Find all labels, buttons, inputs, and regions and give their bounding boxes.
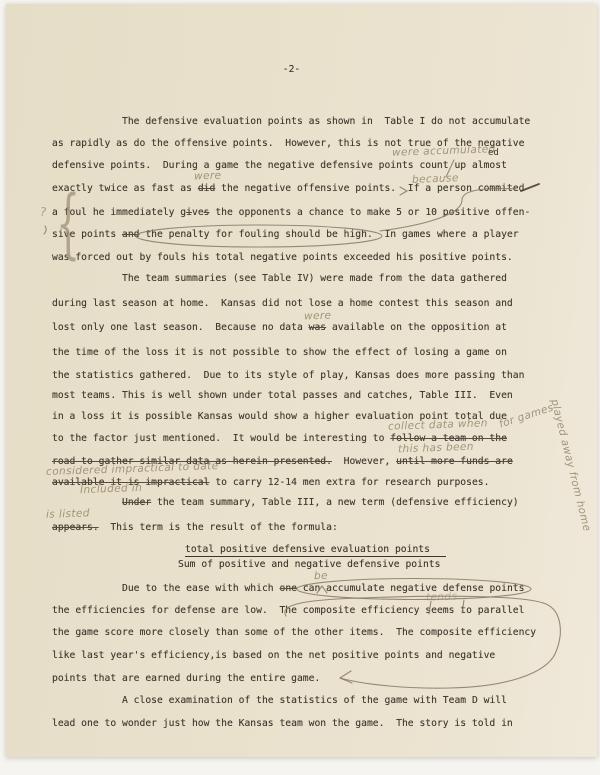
underlined-text: total positive defensive evaluation poin… (185, 544, 446, 557)
formula-denominator: Sum of positive and negative defensive p… (178, 559, 440, 571)
typed-line-p4-l5: points that are earned during the entire… (52, 673, 320, 685)
typed-text: lost only one last season. Because no da… (52, 322, 309, 333)
typed-line-p4-l1: Due to the ease with which one can accum… (122, 583, 524, 595)
typed-line-p4-l2: the efficiencies for defense are low. Th… (52, 605, 524, 617)
typed-text: to carry 12-14 men extra for research pu… (209, 477, 489, 488)
page-number: -2- (52, 64, 531, 76)
typed-line-p1-l5: a foul he immediately gives the opponent… (52, 207, 530, 219)
typed-line-p2-l5: the statistics gathered. Due to its styl… (52, 370, 524, 382)
circled-text: the penalty for fouling should be high. (140, 229, 373, 240)
typed-line-p3-l2: appears. This term is the result of the … (52, 522, 338, 534)
struck-text: was (309, 322, 327, 333)
typed-line-p4-l3: the game score more closely than some of… (52, 627, 536, 639)
typed-line-p2-l2: during last season at home. Kansas did n… (52, 298, 513, 310)
handwritten-tends: tends (426, 590, 458, 603)
struck-text: and (122, 229, 140, 240)
typed-text: Due to the ease with which (122, 583, 279, 594)
struck-text: appears. (52, 522, 99, 533)
typed-text: However, (332, 456, 396, 467)
typed-text: the team summary, Table III, a new term … (151, 497, 518, 508)
typed-line-p1-l4: exactly twice as fast as did the negativ… (52, 183, 524, 195)
typed-text: available on the opposition at (326, 322, 507, 333)
typed-text: to the factor just mentioned. It would b… (52, 433, 390, 444)
typed-line-p1-l6: sive points and the penalty for fouling … (52, 229, 519, 241)
typed-text: ve (192, 207, 204, 218)
typed-text: up almost (449, 160, 507, 171)
typed-line-p2-l6: most teams. This is well shown under tot… (52, 390, 513, 402)
handwritten-because: because (412, 172, 459, 186)
typed-text: the efficiencies for defense are low. Th… (52, 605, 425, 616)
struck-text: Under (122, 497, 151, 508)
bracketed-text: seems (425, 605, 454, 616)
scanned-document-screenshot: { "colors": { "paper": "#e9e1cc", "ink":… (0, 0, 600, 775)
handwritten-were-2: were (304, 310, 332, 323)
handwritten-included-in: Included in (80, 482, 143, 496)
handwritten-were-1: were (194, 170, 222, 183)
circled-text: can accumulate negative defense points (297, 583, 524, 594)
typed-line-p2-l4: the time of the loss it is not possible … (52, 347, 507, 359)
typed-line-p2-l3: lost only one last season. Because no da… (52, 322, 507, 334)
typed-insert-ed: ed (488, 148, 499, 158)
typed-line-p1-l1: The defensive evaluation points as shown… (122, 116, 530, 128)
struck-text: did (198, 183, 216, 194)
typed-text: the opponents a chance to make 5 or 10 p… (210, 207, 531, 218)
typed-line-p2-l1: The team summaries (see Table IV) were m… (122, 273, 507, 285)
typed-line-p1-l3: defensive points. During a game the nega… (52, 160, 507, 172)
typed-text: the negative offensive points. (215, 183, 407, 194)
struck-text: one (279, 583, 297, 594)
handwritten-be-insert: be (314, 570, 328, 582)
formula-numerator: total positive defensive evaluation poin… (185, 544, 446, 556)
typed-line-p4-l4: like last year's efficiency,is based on … (52, 650, 495, 662)
typed-line-p1-l7: was forced out by fouls his total negati… (52, 252, 513, 264)
typed-line-p3-l1: Under the team summary, Table III, a new… (122, 497, 519, 509)
typed-line-p5-l1: A close examination of the statistics of… (122, 695, 507, 707)
handwritten-is-listed: is listed (46, 507, 90, 521)
struck-text: until more funds are (396, 456, 513, 467)
margin-brace: { (56, 188, 80, 258)
typed-line-p5-l2: lead one to wonder just how the Kansas t… (52, 718, 513, 730)
typed-text: In games where a player (373, 229, 519, 240)
typed-text: defensive points. During a game the nega… (52, 160, 449, 171)
typed-text: This term is the result of the formula: (99, 522, 338, 533)
typed-text: to parallel (454, 605, 524, 616)
